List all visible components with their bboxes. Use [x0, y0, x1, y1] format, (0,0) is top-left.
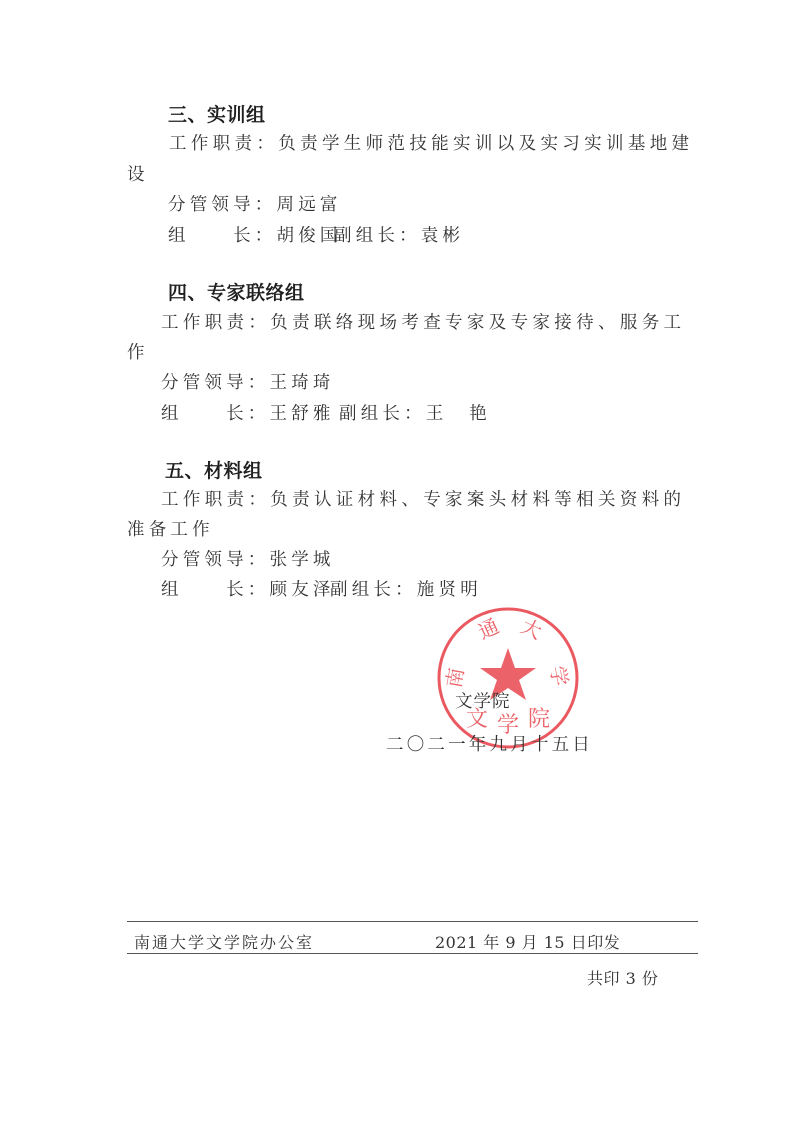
svg-text:学: 学	[545, 664, 572, 688]
svg-text:院: 院	[528, 707, 550, 732]
section-supervisor: 分管领导：王琦琦	[161, 369, 335, 394]
section-duty-line1: 工作职责：负责认证材料、专家案头材料等相关资料的	[161, 486, 685, 511]
section-duty-line2: 设	[127, 161, 149, 186]
section-heading-expert-liaison: 四、专家联络组	[168, 278, 305, 305]
section-supervisor: 分管领导：周远富	[168, 191, 342, 216]
section-group-leader: 组 长：胡俊国	[168, 222, 342, 247]
section-group-leader: 组 长：顾友泽	[161, 576, 335, 601]
footer-bottom-rule	[127, 953, 698, 954]
footer-issuer: 南通大学文学院办公室	[134, 930, 314, 953]
section-duty-line2: 准备工作	[127, 516, 214, 541]
section-duty-line1: 工作职责：负责学生师范技能实训以及实习实训基地建	[169, 130, 693, 155]
svg-text:南: 南	[441, 666, 468, 690]
section-duty-line1: 工作职责：负责联络现场考查专家及专家接待、服务工	[161, 309, 685, 334]
footer-issue-date: 2021 年 9 月 15 日印发	[435, 930, 620, 953]
section-deputy-leader: 副组长：袁彬	[334, 222, 464, 247]
section-deputy-leader: 副组长：施贤明	[330, 576, 482, 601]
section-deputy-leader: 副组长：王 艳	[339, 400, 491, 425]
signature-date: 二〇二一年九月十五日	[386, 731, 593, 756]
footer-copies: 共印 3 份	[587, 966, 658, 989]
section-heading-training: 三、实训组	[168, 100, 266, 127]
section-supervisor: 分管领导：张学城	[161, 546, 335, 571]
section-duty-line2: 作	[127, 339, 149, 364]
official-seal-stamp: 南 通 大 学 文 学 院	[436, 606, 580, 750]
section-group-leader: 组 长：王舒雅	[161, 400, 335, 425]
svg-text:通: 通	[474, 614, 502, 644]
footer-top-rule	[127, 921, 698, 922]
signature-org: 文学院	[455, 688, 511, 713]
section-heading-materials: 五、材料组	[165, 456, 263, 483]
